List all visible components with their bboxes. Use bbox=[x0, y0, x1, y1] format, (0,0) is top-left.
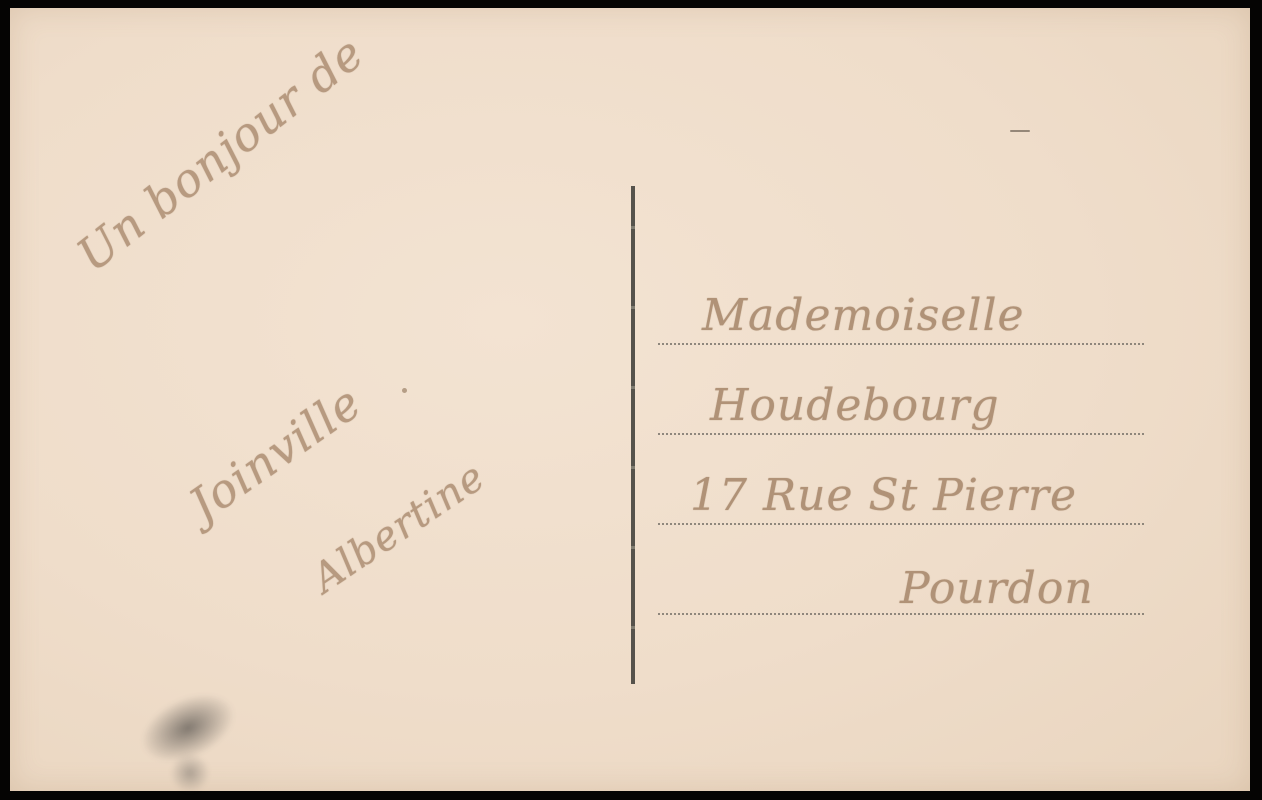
address-city: Pourdon bbox=[900, 563, 1094, 614]
address-line-2-rule bbox=[658, 433, 1144, 435]
address-street: 17 Rue St Pierre bbox=[690, 470, 1077, 521]
signature: Albertine bbox=[304, 453, 493, 602]
message-line-1: Un bonjour de bbox=[67, 25, 374, 282]
paper-spot bbox=[1010, 130, 1030, 132]
pencil-smudge-small bbox=[170, 753, 210, 793]
address-recipient-name: Houdebourg bbox=[710, 380, 1000, 431]
paper-spot bbox=[402, 388, 407, 393]
address-line-1-rule bbox=[658, 343, 1144, 345]
address-line-3-rule bbox=[658, 523, 1144, 525]
message-line-2: Joinville bbox=[179, 375, 371, 532]
address-recipient-title: Mademoiselle bbox=[702, 290, 1025, 341]
postcard-back: Un bonjour de Joinville Albertine Mademo… bbox=[10, 8, 1250, 791]
center-divider-line bbox=[631, 186, 635, 684]
